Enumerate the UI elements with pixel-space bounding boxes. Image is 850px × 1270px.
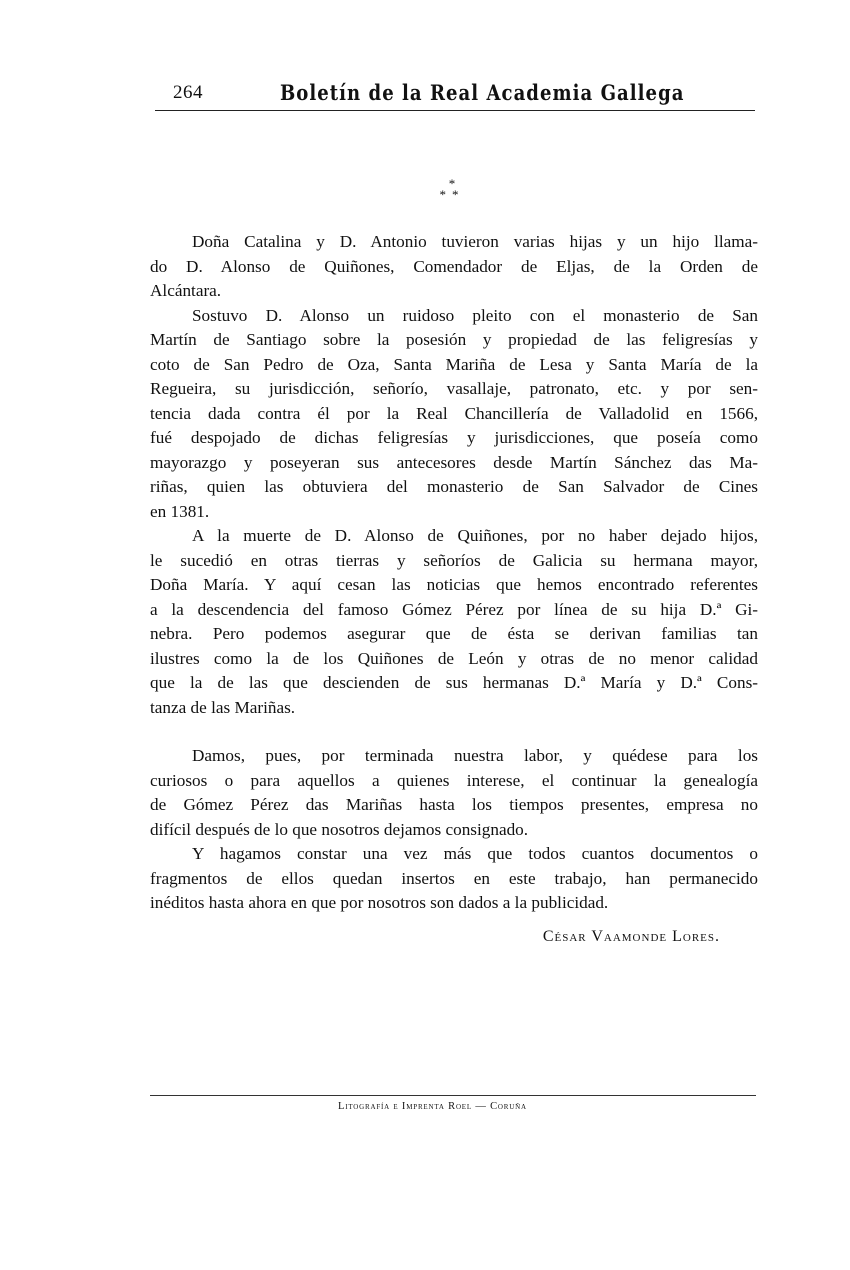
text-line: Damos, pues, por terminada nuestra labor… [150,744,758,769]
text-line: ilustres como la de los Quiñones de León… [108,647,758,672]
text-line: tencia dada contra él por la Real Chanci… [108,402,758,427]
running-title: Boletín de la Real Academia Gallega [280,80,684,105]
text-line: Y hagamos constar una vez más que todos … [150,842,758,867]
text-line: fragmentos de ellos quedan insertos en e… [108,867,758,892]
printer-imprint: Litografía e Imprenta Roel — Coruña [338,1101,527,1112]
text-line: a la descendencia del famoso Gómez Pérez… [108,598,758,623]
text-line: nebra. Pero podemos asegurar que de ésta… [108,622,758,647]
article-body: Doña Catalina y D. Antonio tuvieron vari… [150,230,758,949]
paragraph-5: Y hagamos constar una vez más que todos … [150,842,758,916]
text-line: Doña María. Y aquí cesan las noticias qu… [108,573,758,598]
text-line: de Gómez Pérez das Mariñas hasta los tie… [108,793,758,818]
text-line: le sucedió en otras tierras y señoríos d… [108,549,758,574]
page-number: 264 [173,82,203,104]
section-gap [150,720,758,744]
text-line: riñas, quien las obtuviera del monasteri… [108,475,758,500]
text-line: coto de San Pedro de Oza, Santa Mariña d… [108,353,758,378]
asterism-ornament: * ** [437,178,467,204]
text-line: Regueira, su jurisdicción, señorío, vasa… [108,377,758,402]
text-line: que la de las que descienden de sus herm… [108,671,758,696]
paragraph-3: A la muerte de D. Alonso de Quiñones, po… [150,524,758,720]
paragraph-4: Damos, pues, por terminada nuestra labor… [150,744,758,842]
text-line: inéditos hasta ahora en que por nosotros… [108,891,758,916]
text-line: A la muerte de D. Alonso de Quiñones, po… [150,524,758,549]
page-header: 264 Boletín de la Real Academia Gallega [155,80,755,110]
text-line: en 1381. [108,500,758,525]
text-line: fué despojado de dichas feligresías y ju… [108,426,758,451]
text-line: mayorazgo y poseyeran sus antecesores de… [108,451,758,476]
text-line: tanza de las Mariñas. [108,696,758,721]
text-line: curiosos o para aquellos a quienes inter… [108,769,758,794]
paragraph-2: Sostuvo D. Alonso un ruidoso pleito con … [150,304,758,525]
text-line: Alcántara. [108,279,758,304]
paragraph-1: Doña Catalina y D. Antonio tuvieron vari… [150,230,758,304]
text-line: Doña Catalina y D. Antonio tuvieron vari… [150,230,758,255]
text-line: Martín de Santiago sobre la posesión y p… [108,328,758,353]
text-line: do D. Alonso de Quiñones, Comendador de … [108,255,758,280]
text-line: Sostuvo D. Alonso un ruidoso pleito con … [150,304,758,329]
author-signature: César Vaamonde Lores. [150,925,758,950]
header-rule [155,110,755,111]
footer-rule [150,1095,756,1096]
text-line: difícil después de lo que nosotros dejam… [108,818,758,843]
